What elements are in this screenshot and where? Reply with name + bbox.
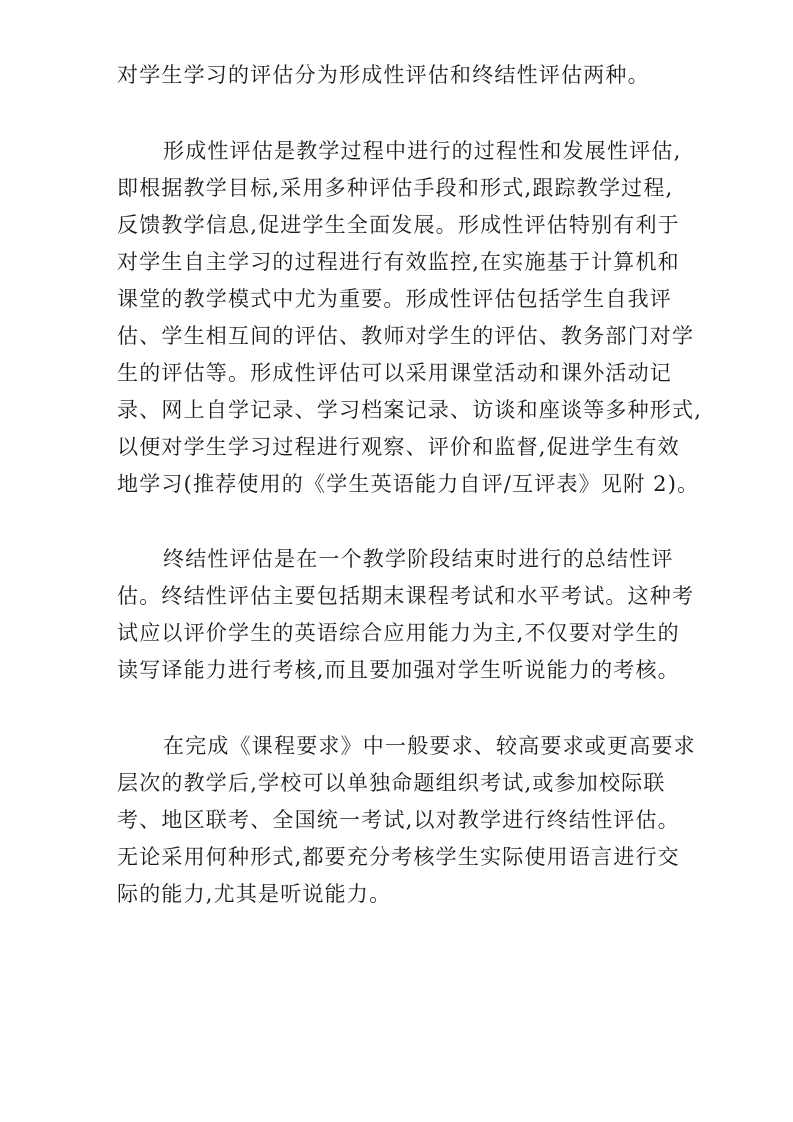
document-page: 对学生学习的评估分为形成性评估和终结性评估两种。 形成性评估是教学过程中进行的过… — [0, 0, 793, 1122]
text-line: 反馈教学信息,促进学生全面发展。形成性评估特别有利于 — [117, 213, 680, 237]
text-line: 际的能力,尤其是听说能力。 — [117, 882, 391, 906]
text-line: 层次的教学后,学校可以单独命题组织考试,或参加校际联 — [117, 771, 666, 795]
text-line: 终结性评估是在一个教学阶段结束时进行的总结性评 — [163, 547, 674, 571]
text-line: 考、地区联考、全国统一考试,以对教学进行终结性评估。 — [117, 808, 680, 832]
text-line: 在完成《课程要求》中一般要求、较高要求或更高要求 — [163, 734, 696, 758]
text-line: 地学习(推荐使用的《学生英语能力自评/互评表》见附 2)。 — [117, 472, 699, 496]
text-line: 估。终结性评估主要包括期末课程考试和水平考试。这种考 — [117, 584, 694, 608]
text-line: 估、学生相互间的评估、教师对学生的评估、教务部门对学 — [117, 324, 694, 348]
text-line: 形成性评估是教学过程中进行的过程性和发展性评估, — [163, 139, 681, 163]
text-line: 试应以评价学生的英语综合应用能力为主,不仅要对学生的 — [117, 621, 680, 645]
text-line: 对学生学习的评估分为形成性评估和终结性评估两种。 — [117, 63, 650, 87]
text-line: 对学生自主学习的过程进行有效监控,在实施基于计算机和 — [117, 250, 680, 274]
text-line: 课堂的教学模式中尤为重要。形成性评估包括学生自我评 — [117, 287, 672, 311]
text-line: 以便对学生学习过程进行观察、评价和监督,促进学生有效 — [117, 435, 680, 459]
text-line: 录、网上自学记录、学习档案记录、访谈和座谈等多种形式, — [117, 398, 702, 422]
text-line: 生的评估等。形成性评估可以采用课堂活动和课外活动记 — [117, 361, 672, 385]
text-line: 无论采用何种形式,都要充分考核学生实际使用语言进行交 — [117, 845, 680, 869]
text-line: 读写译能力进行考核,而且要加强对学生听说能力的考核。 — [117, 658, 680, 682]
text-line: 即根据教学目标,采用多种评估手段和形式,跟踪教学过程, — [117, 176, 673, 200]
